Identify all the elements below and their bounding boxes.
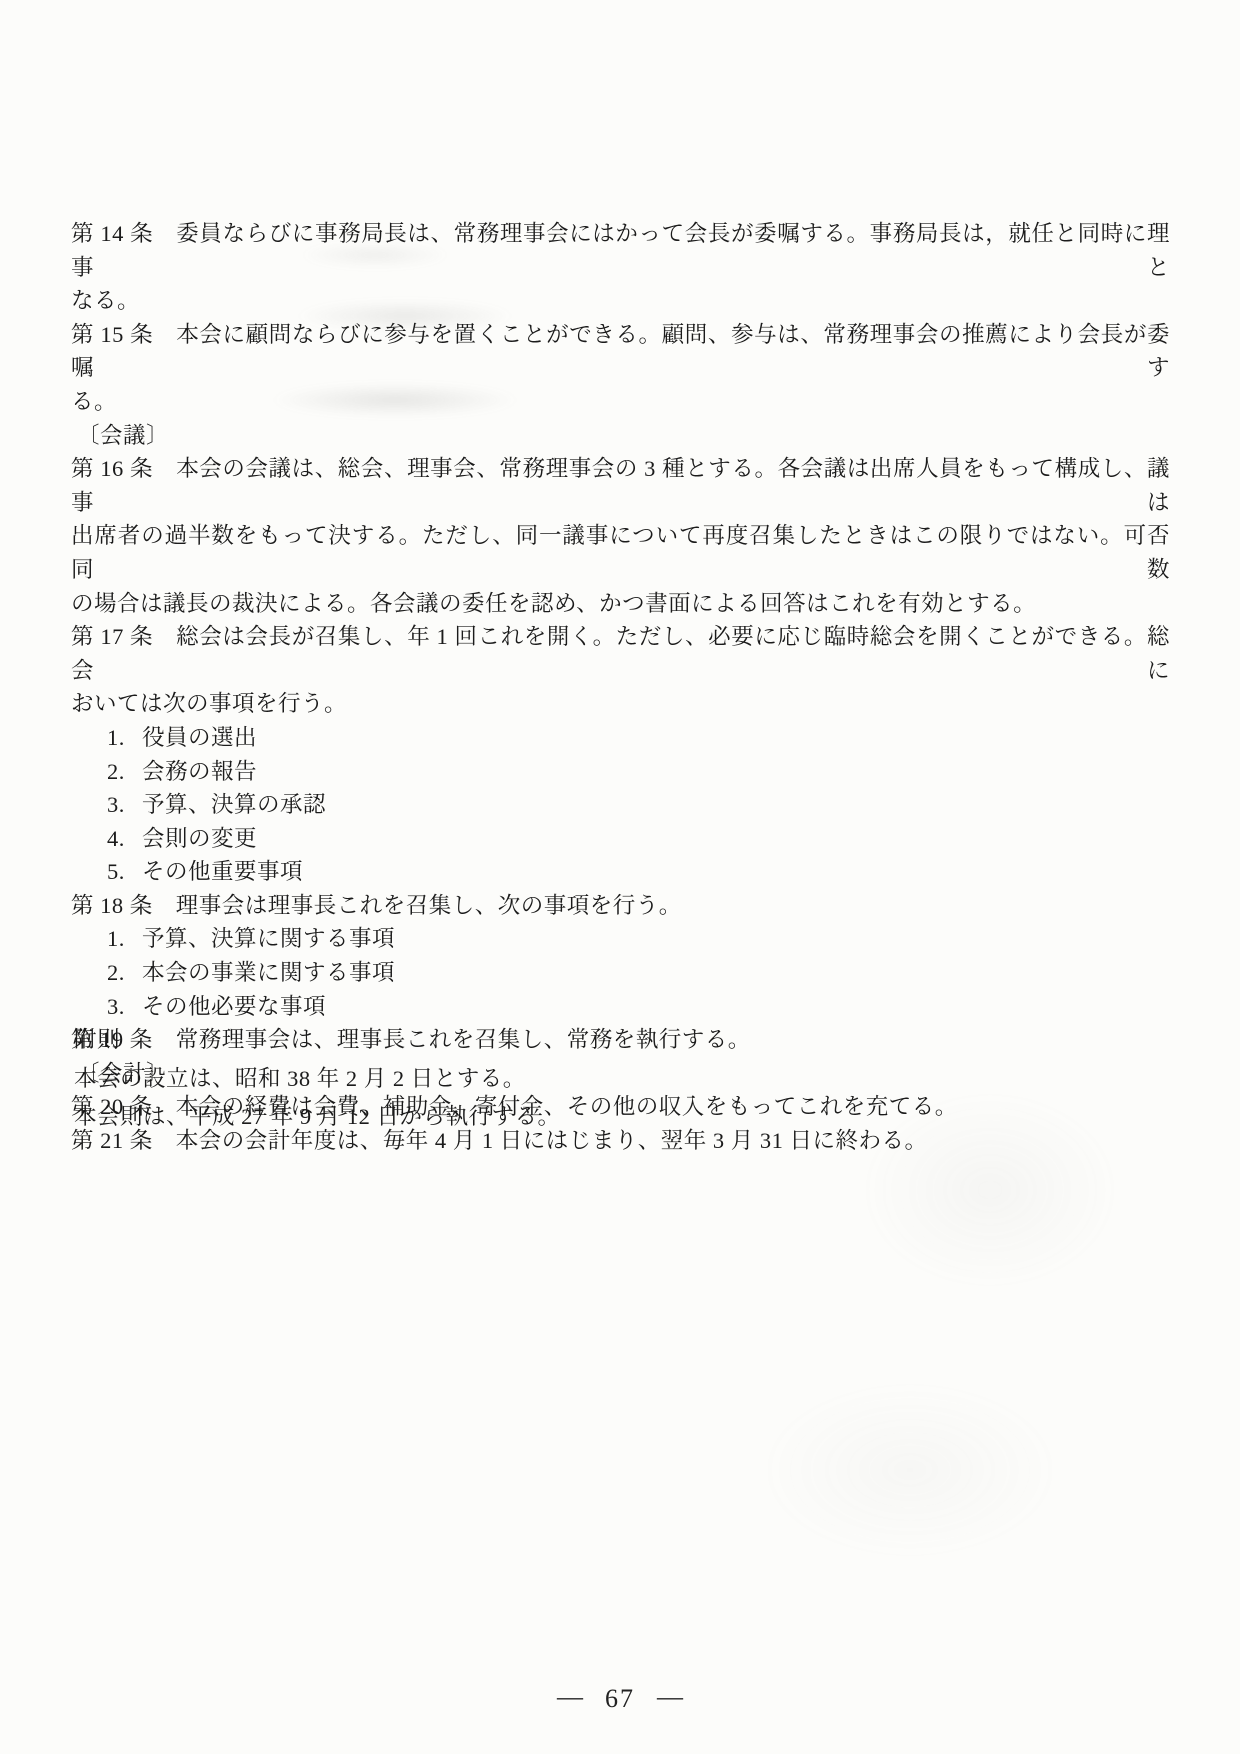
- appendix-heading: 附則: [74, 1021, 1173, 1060]
- appendix-enforcement-line: 本会則は、平成 27 年 9 月 12 日から執行する。: [74, 1098, 1173, 1137]
- page-footer: —67—: [0, 1684, 1240, 1714]
- article-16-line-1: 第 16 条 本会の会議は、総会、理事会、常務理事会の 3 種とする。各会議は出…: [71, 452, 1170, 519]
- list-item-text: その他必要な事項: [142, 990, 326, 1024]
- article-17-line-2: おいては次の事項を行う。: [71, 687, 1170, 721]
- list-number: 2.: [107, 755, 142, 789]
- article-14-line-1: 第 14 条 委員ならびに事務局長は、常務理事会にはかって会長が委嘱する。事務局…: [71, 217, 1170, 284]
- list-item-text: その他重要事項: [142, 855, 303, 889]
- bleed-through-artifact: [760, 1380, 1060, 1560]
- page-number: 67: [605, 1684, 635, 1713]
- article-16-line-2: 出席者の過半数をもって決する。ただし、同一議事について再度召集したときはこの限り…: [71, 519, 1170, 586]
- general-meeting-item-1: 1. 役員の選出: [71, 721, 1170, 755]
- bylaws-text-block: 第 14 条 委員ならびに事務局長は、常務理事会にはかって会長が委嘱する。事務局…: [71, 217, 1170, 1158]
- article-15-line-2: る。: [71, 385, 1170, 419]
- list-number: 3.: [107, 990, 142, 1024]
- footer-dash-left: —: [557, 1682, 583, 1712]
- general-meeting-item-2: 2. 会務の報告: [71, 755, 1170, 789]
- list-item-text: 予算、決算の承認: [142, 788, 326, 822]
- list-item-text: 会則の変更: [142, 822, 257, 856]
- list-number: 3.: [107, 788, 142, 822]
- list-item-text: 会務の報告: [142, 755, 257, 789]
- general-meeting-item-4: 4. 会則の変更: [71, 822, 1170, 856]
- list-item-text: 役員の選出: [142, 721, 257, 755]
- list-item-text: 本会の事業に関する事項: [142, 956, 395, 990]
- general-meeting-item-5: 5. その他重要事項: [71, 855, 1170, 889]
- article-14-line-2: なる。: [71, 284, 1170, 318]
- appendix-block: 附則 本会の設立は、昭和 38 年 2 月 2 日とする。 本会則は、平成 27…: [74, 1021, 1173, 1137]
- scanned-page: 第 14 条 委員ならびに事務局長は、常務理事会にはかって会長が委嘱する。事務局…: [0, 0, 1240, 1754]
- list-number: 4.: [107, 822, 142, 856]
- appendix-establishment-line: 本会の設立は、昭和 38 年 2 月 2 日とする。: [74, 1060, 1173, 1099]
- article-16-line-3: の場合は議長の裁決による。各会議の委任を認め、かつ書面による回答はこれを有効とす…: [71, 587, 1170, 621]
- footer-dash-right: —: [657, 1682, 683, 1712]
- list-number: 5.: [107, 855, 142, 889]
- list-number: 1.: [107, 922, 142, 956]
- article-17-line-1: 第 17 条 総会は会長が召集し、年 1 回これを開く。ただし、必要に応じ臨時総…: [71, 620, 1170, 687]
- list-item-text: 予算、決算に関する事項: [142, 922, 395, 956]
- article-18-line-1: 第 18 条 理事会は理事長これを召集し、次の事項を行う。: [71, 889, 1170, 923]
- article-15-line-1: 第 15 条 本会に顧問ならびに参与を置くことができる。顧問、参与は、常務理事会…: [71, 318, 1170, 385]
- list-number: 1.: [107, 721, 142, 755]
- board-meeting-item-3: 3. その他必要な事項: [71, 990, 1170, 1024]
- board-meeting-item-1: 1. 予算、決算に関する事項: [71, 922, 1170, 956]
- list-number: 2.: [107, 956, 142, 990]
- general-meeting-item-3: 3. 予算、決算の承認: [71, 788, 1170, 822]
- section-label-meetings: 〔会議〕: [71, 419, 1170, 453]
- board-meeting-item-2: 2. 本会の事業に関する事項: [71, 956, 1170, 990]
